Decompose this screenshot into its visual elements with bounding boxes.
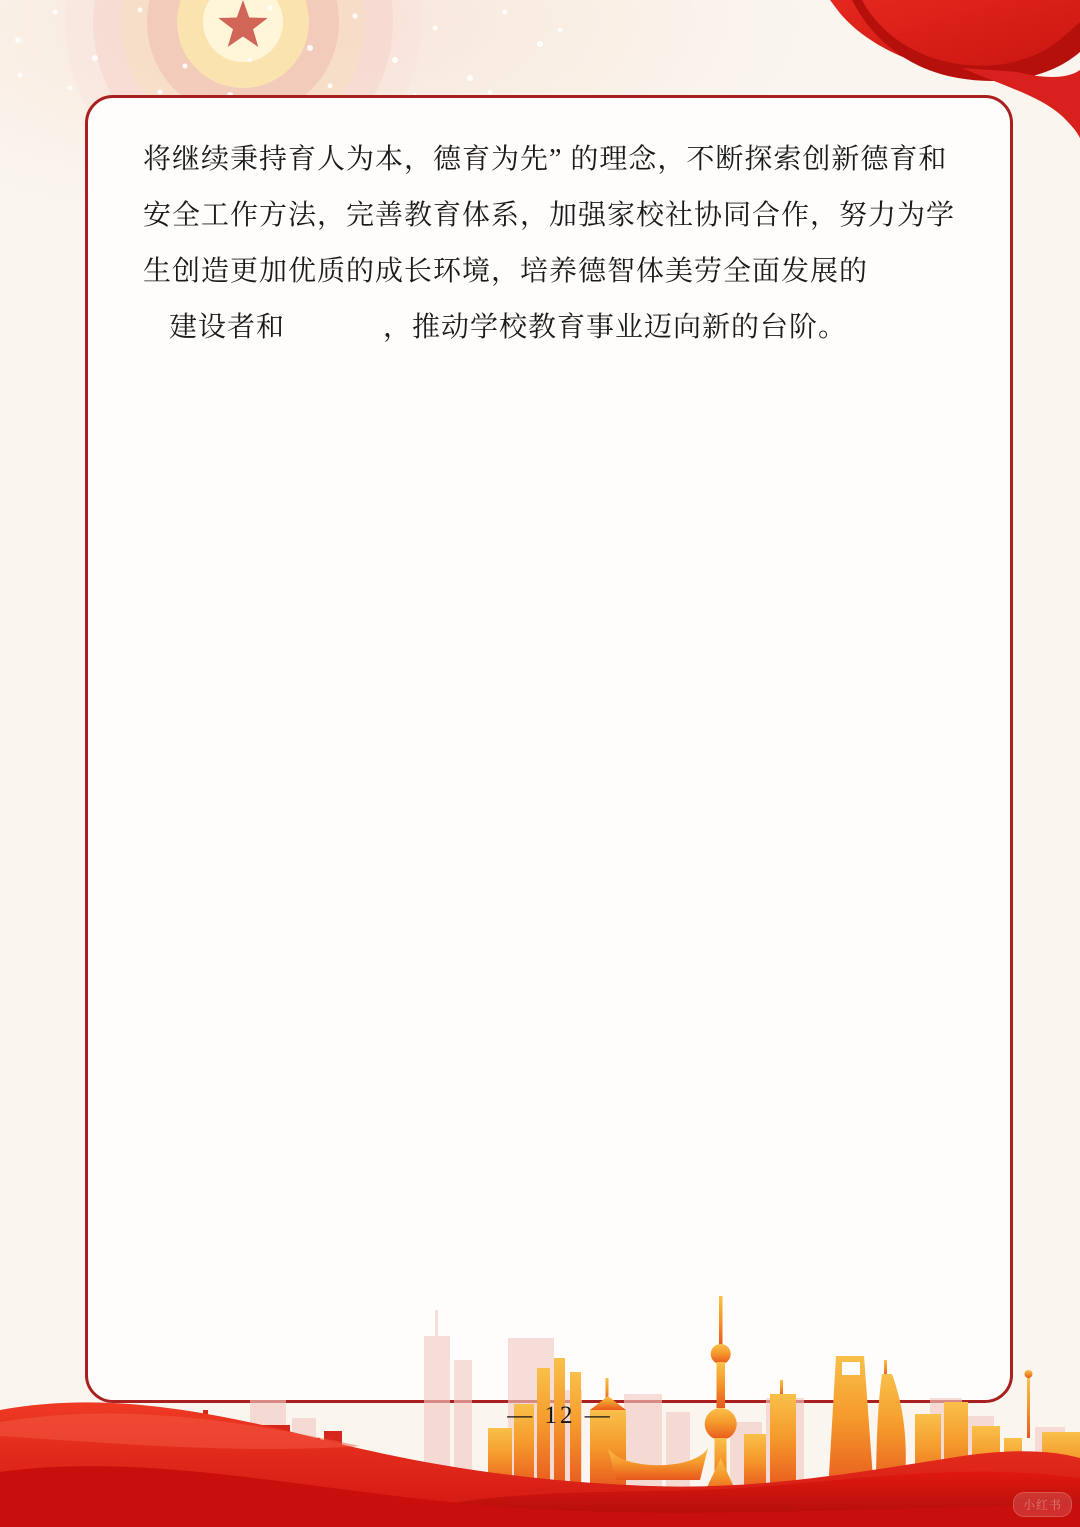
- paragraph-line-4: 建设者和，推动学校教育事业迈向新的台阶。: [143, 300, 955, 356]
- paragraph-line-4-suffix: ，推动学校教育事业迈向新的台阶。: [383, 312, 847, 343]
- paragraph-line-4-prefix: 建设者和: [169, 312, 285, 343]
- content-box: 将继续秉持育人为本，德育为先” 的理念，不断探索创新德育和 安全工作方法，完善教…: [85, 95, 1013, 1403]
- paragraph-line-2: 安全工作方法，完善教育体系，加强家校社协同合作，努力为学: [143, 188, 955, 244]
- paragraph-line-3: 生创造更加优质的成长环境，培养德智体美劳全面发展的: [143, 244, 955, 300]
- blank-fill-gap: [285, 335, 383, 336]
- page-number: — 12 —: [507, 1402, 613, 1430]
- body-paragraph: 将继续秉持育人为本，德育为先” 的理念，不断探索创新德育和 安全工作方法，完善教…: [88, 98, 1010, 356]
- watermark-badge: 小红书: [1013, 1492, 1072, 1517]
- document-page: 将继续秉持育人为本，德育为先” 的理念，不断探索创新德育和 安全工作方法，完善教…: [0, 0, 1080, 1527]
- wfc-hole-decoration: [842, 1362, 860, 1375]
- paragraph-line-1: 将继续秉持育人为本，德育为先” 的理念，不断探索创新德育和: [143, 132, 955, 188]
